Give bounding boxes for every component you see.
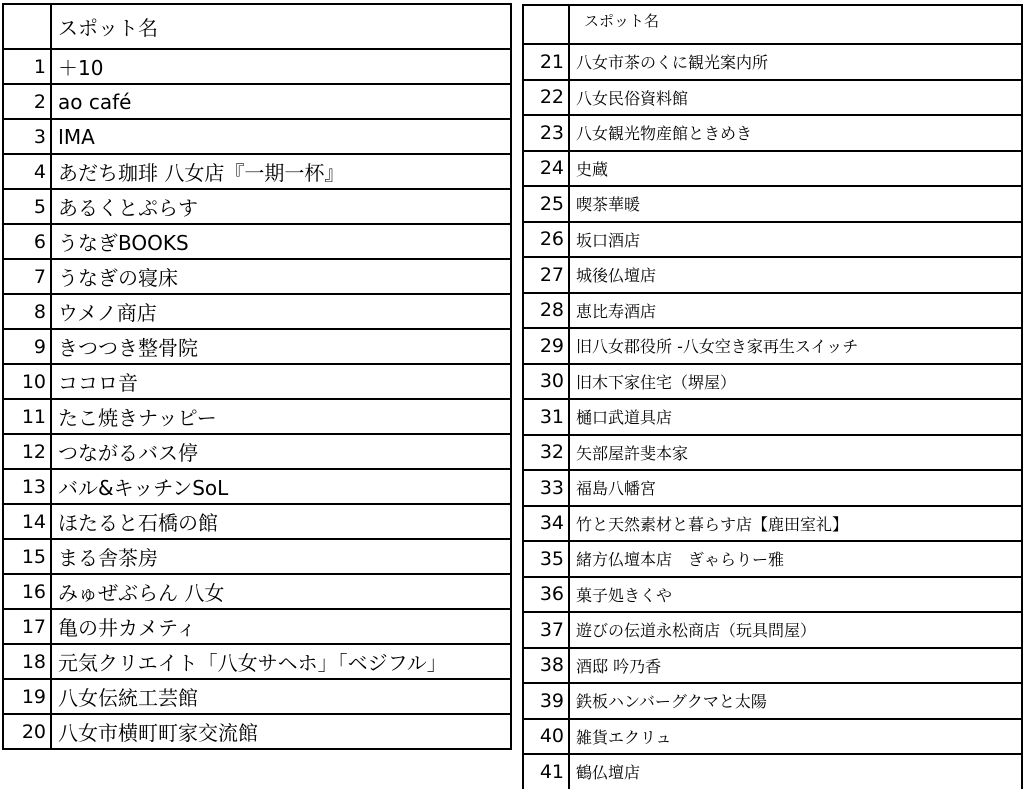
row-number-cell: 38 — [523, 648, 569, 684]
table-row: 3IMA — [3, 119, 511, 154]
spot-table-1-20: スポット名 1＋102ao café3IMA4あだち珈琲 八女店『一期一杯』5あ… — [2, 3, 512, 750]
table-row: 35緒方仏壇本店 ぎゃらりー雅 — [523, 541, 1022, 577]
spot-name-cell: うなぎBOOKS — [51, 224, 511, 259]
row-number-cell: 29 — [523, 328, 569, 364]
spot-name-cell: 旧木下家住宅（堺屋） — [569, 364, 1022, 400]
table-row: 34竹と天然素材と暮らす店【鹿田室礼】 — [523, 506, 1022, 542]
row-number-cell: 13 — [3, 469, 51, 504]
row-number-cell: 35 — [523, 541, 569, 577]
table-row: 36菓子処きくや — [523, 577, 1022, 613]
table-row: 10ココロ音 — [3, 364, 511, 399]
spot-name-cell: 喫茶華暖 — [569, 186, 1022, 222]
spot-name-column-header: スポット名 — [51, 4, 511, 49]
row-number-cell: 39 — [523, 683, 569, 719]
table-row: 27城後仏壇店 — [523, 257, 1022, 293]
table-row: 28恵比寿酒店 — [523, 293, 1022, 329]
spot-name-cell: 酒邸 吟乃香 — [569, 648, 1022, 684]
table-row: 13バル&キッチンSoL — [3, 469, 511, 504]
row-number-cell: 23 — [523, 115, 569, 151]
table-row: 23八女観光物産館ときめき — [523, 115, 1022, 151]
spot-name-cell: ＋10 — [51, 49, 511, 84]
table-row: 7うなぎの寝床 — [3, 259, 511, 294]
table-row: 15まる舎茶房 — [3, 539, 511, 574]
table-row: 31樋口武道具店 — [523, 399, 1022, 435]
number-column-header — [3, 4, 51, 49]
spot-name-cell: IMA — [51, 119, 511, 154]
table-row: 40雑貨エクリュ — [523, 719, 1022, 755]
table-row: 30旧木下家住宅（堺屋） — [523, 364, 1022, 400]
spot-name-cell: ココロ音 — [51, 364, 511, 399]
table-row: 18元気クリエイト「八女サヘホ」「ベジフル」 — [3, 644, 511, 679]
spot-name-cell: 八女民俗資料館 — [569, 80, 1022, 116]
spot-name-cell: みゅぜぶらん 八女 — [51, 574, 511, 609]
row-number-cell: 16 — [3, 574, 51, 609]
spot-name-cell: きつつき整骨院 — [51, 329, 511, 364]
row-number-cell: 3 — [3, 119, 51, 154]
row-number-cell: 33 — [523, 470, 569, 506]
row-number-cell: 21 — [523, 44, 569, 80]
table-row: 19八女伝統工芸館 — [3, 679, 511, 714]
table-row: 14ほたると石橋の館 — [3, 504, 511, 539]
row-number-cell: 9 — [3, 329, 51, 364]
table-row: 39鉄板ハンバーグクマと太陽 — [523, 683, 1022, 719]
row-number-cell: 40 — [523, 719, 569, 755]
spot-name-cell: 緒方仏壇本店 ぎゃらりー雅 — [569, 541, 1022, 577]
row-number-cell: 30 — [523, 364, 569, 400]
table-row: 25喫茶華暖 — [523, 186, 1022, 222]
table-row: 24史蔵 — [523, 151, 1022, 187]
table-row: 1＋10 — [3, 49, 511, 84]
table-row: 2ao café — [3, 84, 511, 119]
spot-name-cell: 竹と天然素材と暮らす店【鹿田室礼】 — [569, 506, 1022, 542]
spot-name-cell: 史蔵 — [569, 151, 1022, 187]
row-number-cell: 34 — [523, 506, 569, 542]
header-row: スポット名 — [523, 5, 1022, 44]
spot-name-cell: 坂口酒店 — [569, 222, 1022, 258]
table-row: 29旧八女郡役所 -八女空き家再生スイッチ — [523, 328, 1022, 364]
spot-name-cell: ao café — [51, 84, 511, 119]
spot-name-cell: 旧八女郡役所 -八女空き家再生スイッチ — [569, 328, 1022, 364]
table-row: 38酒邸 吟乃香 — [523, 648, 1022, 684]
table-row: 6うなぎBOOKS — [3, 224, 511, 259]
table-row: 20八女市横町町家交流館 — [3, 714, 511, 749]
table-row: 9きつつき整骨院 — [3, 329, 511, 364]
spot-name-cell: 遊びの伝道永松商店（玩具問屋） — [569, 612, 1022, 648]
row-number-cell: 28 — [523, 293, 569, 329]
table-row: 12つながるバス停 — [3, 434, 511, 469]
number-column-header — [523, 5, 569, 44]
table-row: 26坂口酒店 — [523, 222, 1022, 258]
table-row: 11たこ焼きナッピー — [3, 399, 511, 434]
spot-table-21-41: スポット名 21八女市茶のくに観光案内所22八女民俗資料館23八女観光物産館とき… — [522, 4, 1023, 789]
row-number-cell: 25 — [523, 186, 569, 222]
row-number-cell: 31 — [523, 399, 569, 435]
row-number-cell: 8 — [3, 294, 51, 329]
spot-name-cell: バル&キッチンSoL — [51, 469, 511, 504]
row-number-cell: 41 — [523, 754, 569, 789]
table-row: 22八女民俗資料館 — [523, 80, 1022, 116]
table-row: 17亀の井カメティ — [3, 609, 511, 644]
table-row: 8ウメノ商店 — [3, 294, 511, 329]
table-row: 16みゅぜぶらん 八女 — [3, 574, 511, 609]
spot-name-cell: 樋口武道具店 — [569, 399, 1022, 435]
spot-name-cell: 菓子処きくや — [569, 577, 1022, 613]
spot-name-cell: 八女市茶のくに観光案内所 — [569, 44, 1022, 80]
header-row: スポット名 — [3, 4, 511, 49]
spot-name-cell: 亀の井カメティ — [51, 609, 511, 644]
row-number-cell: 17 — [3, 609, 51, 644]
row-number-cell: 26 — [523, 222, 569, 258]
row-number-cell: 6 — [3, 224, 51, 259]
spot-name-cell: たこ焼きナッピー — [51, 399, 511, 434]
spot-name-cell: あだち珈琲 八女店『一期一杯』 — [51, 154, 511, 189]
spot-name-cell: 元気クリエイト「八女サヘホ」「ベジフル」 — [51, 644, 511, 679]
spot-name-cell: 矢部屋許斐本家 — [569, 435, 1022, 471]
spot-name-cell: まる舎茶房 — [51, 539, 511, 574]
row-number-cell: 32 — [523, 435, 569, 471]
table-row: 4あだち珈琲 八女店『一期一杯』 — [3, 154, 511, 189]
row-number-cell: 15 — [3, 539, 51, 574]
spot-name-column-header: スポット名 — [569, 5, 1022, 44]
spot-name-list-page: スポット名 1＋102ao café3IMA4あだち珈琲 八女店『一期一杯』5あ… — [0, 0, 1027, 789]
row-number-cell: 11 — [3, 399, 51, 434]
row-number-cell: 14 — [3, 504, 51, 539]
spot-name-cell: 恵比寿酒店 — [569, 293, 1022, 329]
spot-name-cell: 福島八幡宮 — [569, 470, 1022, 506]
row-number-cell: 5 — [3, 189, 51, 224]
table-row: 21八女市茶のくに観光案内所 — [523, 44, 1022, 80]
spot-name-cell: 八女伝統工芸館 — [51, 679, 511, 714]
table-row: 41鶴仏壇店 — [523, 754, 1022, 789]
spot-name-cell: 八女観光物産館ときめき — [569, 115, 1022, 151]
row-number-cell: 36 — [523, 577, 569, 613]
spot-name-cell: あるくとぷらす — [51, 189, 511, 224]
row-number-cell: 19 — [3, 679, 51, 714]
spot-name-cell: うなぎの寝床 — [51, 259, 511, 294]
spot-name-cell: 鉄板ハンバーグクマと太陽 — [569, 683, 1022, 719]
row-number-cell: 2 — [3, 84, 51, 119]
spot-name-cell: 鶴仏壇店 — [569, 754, 1022, 789]
row-number-cell: 1 — [3, 49, 51, 84]
table-row: 5あるくとぷらす — [3, 189, 511, 224]
spot-name-cell: ウメノ商店 — [51, 294, 511, 329]
row-number-cell: 18 — [3, 644, 51, 679]
row-number-cell: 37 — [523, 612, 569, 648]
spot-name-cell: 雑貨エクリュ — [569, 719, 1022, 755]
row-number-cell: 27 — [523, 257, 569, 293]
spot-name-cell: 八女市横町町家交流館 — [51, 714, 511, 749]
row-number-cell: 20 — [3, 714, 51, 749]
row-number-cell: 4 — [3, 154, 51, 189]
row-number-cell: 7 — [3, 259, 51, 294]
spot-name-cell: 城後仏壇店 — [569, 257, 1022, 293]
row-number-cell: 24 — [523, 151, 569, 187]
row-number-cell: 10 — [3, 364, 51, 399]
row-number-cell: 22 — [523, 80, 569, 116]
spot-name-cell: ほたると石橋の館 — [51, 504, 511, 539]
table-row: 37遊びの伝道永松商店（玩具問屋） — [523, 612, 1022, 648]
row-number-cell: 12 — [3, 434, 51, 469]
spot-name-cell: つながるバス停 — [51, 434, 511, 469]
table-row: 33福島八幡宮 — [523, 470, 1022, 506]
table-row: 32矢部屋許斐本家 — [523, 435, 1022, 471]
